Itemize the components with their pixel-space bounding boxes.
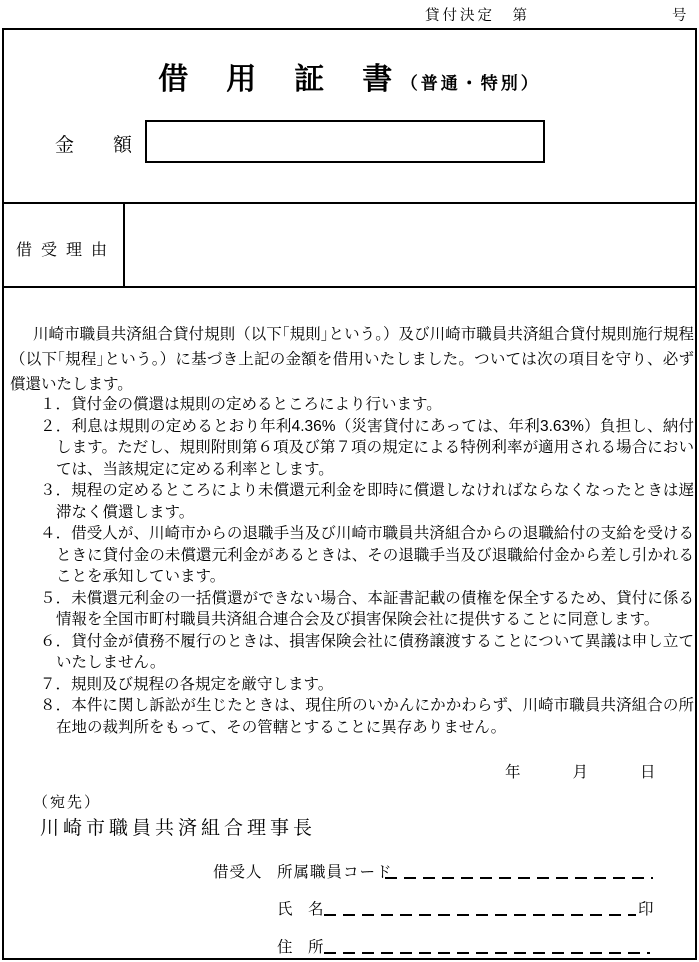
term-number: ２． [40,418,71,435]
name-fill-line[interactable] [324,914,636,916]
addressee-note: （宛先） [33,791,101,812]
term-number: ７． [40,676,71,693]
term-item-4: ４．借受人が、川崎市からの退職手当及び川崎市職員共済組合からの退職給付の支給を受… [56,523,694,588]
loan-certificate-page: 貸付決定 第 号 借 用 証 書 （普通・特別） 金 額 借受理由 川崎市職員共… [0,0,699,962]
term-item-5: ５．未償還元利金の一括償還ができない場合、本証書記載の債権を保全するため、貸付に… [56,588,694,631]
term-number: ８． [40,697,71,714]
term-text: 規程の定めるところにより未償還元利金を即時に償還しなければならなくなったときは遅… [56,482,694,521]
term-number: ４． [40,525,71,542]
term-text: 利息は規則の定めるとおり年利4.36%（災害貸付にあっては、年利3.63%）負担… [56,418,694,478]
divider-below-reason-row [4,286,695,288]
term-item-1: １．貸付金の償還は規則の定めるところにより行います。 [56,394,694,416]
reason-input-area[interactable] [127,205,695,284]
loan-decision-label: 貸付決定 第 [425,4,530,25]
document-title: 借 用 証 書 （普通・特別） [0,54,699,98]
address-label: 住 所 [277,935,324,957]
seal-label: 印 [638,897,654,919]
loan-decision-number-suffix: 号 [672,4,687,25]
reason-label: 借受理由 [16,237,116,260]
date-line: 年 月 日 [505,760,663,782]
title-main: 借 用 証 書 [158,63,396,96]
staff-code-fill-line[interactable] [385,877,653,879]
term-item-2: ２．利息は規則の定めるとおり年利4.36%（災害貸付にあっては、年利3.63%）… [56,416,694,481]
title-type-options: （普通・特別） [401,74,541,93]
term-item-6: ６．貸付金が債務不履行のときは、損害保険会社に債務譲渡することについて異議は申し… [56,631,694,674]
name-label: 氏 名 [277,897,324,919]
term-item-3: ３．規程の定めるところにより未償還元利金を即時に償還しなければならなくなったとき… [56,480,694,523]
term-text: 規則及び規程の各規定を厳守します。 [71,676,333,693]
term-text: 借受人が、川崎市からの退職手当及び川崎市職員共済組合からの退職給付の支給を受ける… [56,525,694,585]
staff-code-label: 所属職員コード [277,860,393,882]
reason-cell-divider [123,204,125,286]
term-text: 本件に関し訴訟が生じたときは、現住所のいかんにかかわらず、川崎市職員共済組合の所… [56,697,694,736]
term-number: １． [40,396,71,413]
term-item-8: ８．本件に関し訴訟が生じたときは、現住所のいかんにかかわらず、川崎市職員共済組合… [56,695,694,738]
term-number: ５． [40,590,71,607]
address-fill-line[interactable] [324,952,650,954]
term-text: 貸付金が債務不履行のときは、損害保険会社に債務譲渡することについて異議は申し立て… [56,633,694,672]
divider-above-reason-row [4,202,695,204]
term-item-7: ７．規則及び規程の各規定を厳守します。 [56,674,694,696]
terms-list: １．貸付金の償還は規則の定めるところにより行います。 ２．利息は規則の定めるとお… [10,394,694,738]
intro-paragraph: 川崎市職員共済組合貸付規則（以下｢規則｣という。）及び川崎市職員共済組合貸付規則… [10,322,694,397]
term-number: ６． [40,633,71,650]
amount-input-box[interactable] [145,120,545,163]
term-text: 未償還元利金の一括償還ができない場合、本証書記載の債権を保全するため、貸付に係る… [56,590,694,629]
borrower-label: 借受人 [213,860,263,882]
amount-label: 金 額 [55,130,142,157]
term-text: 貸付金の償還は規則の定めるところにより行います。 [71,396,442,413]
addressee-name: 川崎市職員共済組合理事長 [40,813,316,840]
term-number: ３． [40,482,71,499]
